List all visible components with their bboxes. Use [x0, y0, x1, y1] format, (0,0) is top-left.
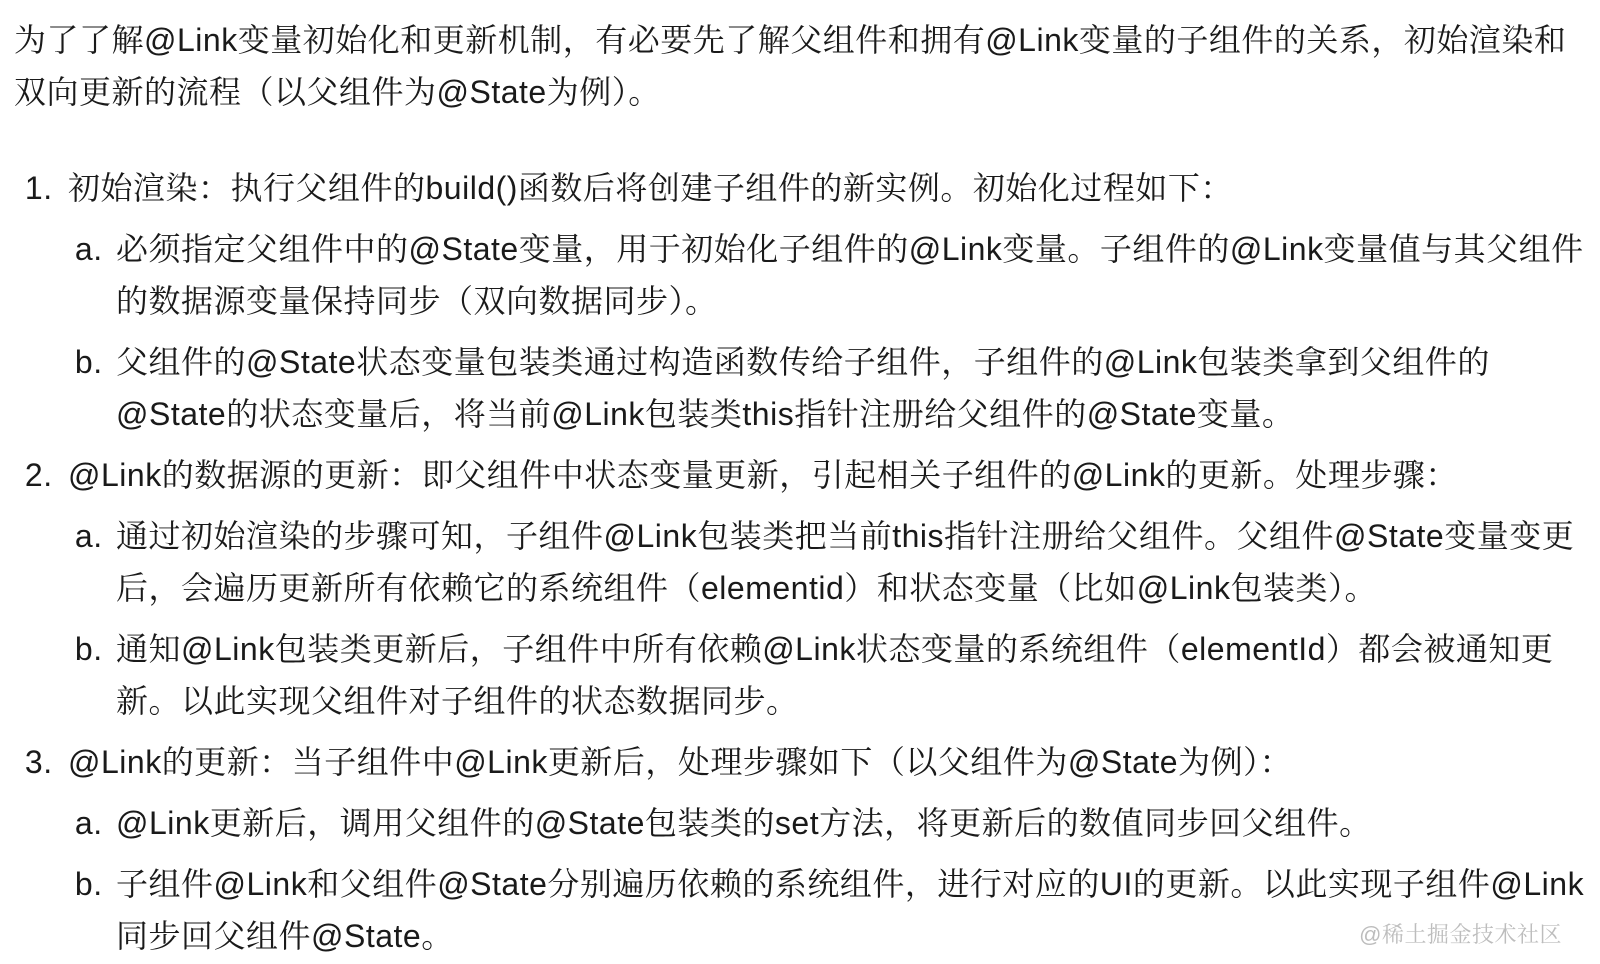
- list-item-3a-text: @Link更新后，调用父组件的@State包装类的set方法，将更新后的数值同步…: [116, 805, 1372, 841]
- watermark: @稀土掘金技术社区: [1359, 922, 1562, 948]
- list-item-1-text: 初始渲染：执行父组件的build()函数后将创建子组件的新实例。初始化过程如下：: [68, 170, 1233, 206]
- list-item-2b-text: 通知@Link包装类更新后，子组件中所有依赖@Link状态变量的系统组件（ele…: [116, 631, 1553, 719]
- list-item-1-sublist: 必须指定父组件中的@State变量，用于初始化子组件的@Link变量。子组件的@…: [68, 223, 1586, 440]
- list-item-3: @Link的更新：当子组件中@Link更新后，处理步骤如下（以父组件为@Stat…: [62, 736, 1586, 962]
- list-item-2b: 通知@Link包装类更新后，子组件中所有依赖@Link状态变量的系统组件（ele…: [112, 623, 1586, 727]
- list-item-2-text: @Link的数据源的更新：即父组件中状态变量更新，引起相关子组件的@Link的更…: [68, 457, 1458, 493]
- list-item-2-sublist: 通过初始渲染的步骤可知，子组件@Link包装类把当前this指针注册给父组件。父…: [68, 510, 1586, 727]
- list-item-1b: 父组件的@State状态变量包装类通过构造函数传给子组件，子组件的@Link包装…: [112, 336, 1586, 440]
- intro-paragraph: 为了了解@Link变量初始化和更新机制，有必要先了解父组件和拥有@Link变量的…: [14, 14, 1586, 118]
- ordered-list: 初始渲染：执行父组件的build()函数后将创建子组件的新实例。初始化过程如下：…: [14, 162, 1586, 962]
- list-item-1a-text: 必须指定父组件中的@State变量，用于初始化子组件的@Link变量。子组件的@…: [116, 231, 1584, 319]
- article-body: 为了了解@Link变量初始化和更新机制，有必要先了解父组件和拥有@Link变量的…: [0, 0, 1600, 962]
- list-item-2a-text: 通过初始渲染的步骤可知，子组件@Link包装类把当前this指针注册给父组件。父…: [116, 518, 1574, 606]
- list-item-1: 初始渲染：执行父组件的build()函数后将创建子组件的新实例。初始化过程如下：…: [62, 162, 1586, 440]
- list-item-3-text: @Link的更新：当子组件中@Link更新后，处理步骤如下（以父组件为@Stat…: [68, 744, 1292, 780]
- list-item-3a: @Link更新后，调用父组件的@State包装类的set方法，将更新后的数值同步…: [112, 797, 1586, 849]
- list-item-2: @Link的数据源的更新：即父组件中状态变量更新，引起相关子组件的@Link的更…: [62, 449, 1586, 727]
- list-item-2a: 通过初始渲染的步骤可知，子组件@Link包装类把当前this指针注册给父组件。父…: [112, 510, 1586, 614]
- list-item-1b-text: 父组件的@State状态变量包装类通过构造函数传给子组件，子组件的@Link包装…: [116, 344, 1490, 432]
- list-item-1a: 必须指定父组件中的@State变量，用于初始化子组件的@Link变量。子组件的@…: [112, 223, 1586, 327]
